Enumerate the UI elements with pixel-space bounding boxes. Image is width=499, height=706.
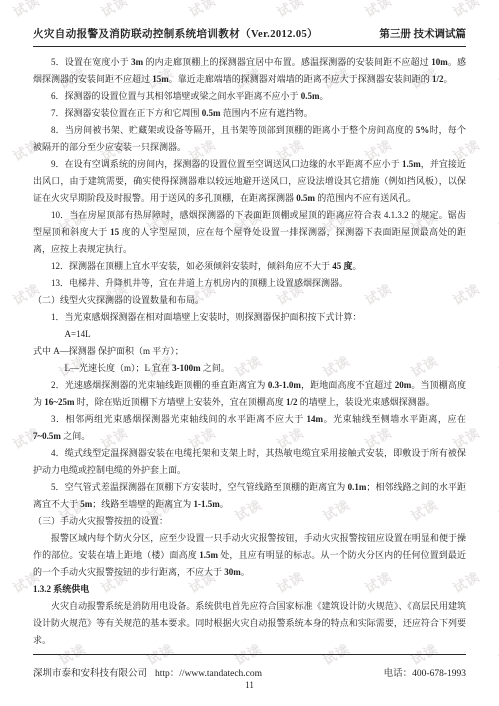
paragraph-bold-run: 1/2	[286, 397, 298, 407]
paragraph-run: 。	[241, 567, 250, 577]
paragraph-bold-run: 1-1.5m	[194, 499, 220, 509]
paragraph-bold-run: 5m	[80, 499, 92, 509]
paragraph: （三）手动火灾报警按扭的设置：	[33, 513, 466, 530]
paragraph-run: （三）手动火灾报警按扭的设置：	[33, 516, 168, 526]
paragraph: （二）线型火灾探测器的设置数量和布局。	[33, 292, 466, 309]
paragraph: 3．相邻两组光束感烟探测器光束轴线间的水平距离不应大于 14m。光束轴线至侧墙水…	[33, 411, 466, 445]
paragraph-bold-run: 1/2	[432, 74, 444, 84]
paragraph-run: 的范围内不应有送风孔。	[315, 193, 416, 203]
paragraph-run: A=14L	[65, 329, 91, 339]
paragraph-run: 5．空气管式差温探测器在顶棚下方安装时，空气管线路至顶棚的距离宜为	[51, 482, 348, 492]
paragraph-bold-run: 3m	[131, 57, 143, 67]
paragraph-run: 3．相邻两组光束感烟探测器光束轴线间的水平距离不应大于	[51, 414, 307, 424]
paragraph-run: ；线路至墙壁的距离宜为	[92, 499, 193, 509]
watermark-text: 试读	[97, 0, 131, 21]
document-footer: 深圳市泰和安科技有限公司 http：//www.tandatech.com 电话…	[33, 654, 466, 690]
paragraph-run: 。光束轴线至侧墙水平距离，应在	[323, 414, 466, 424]
paragraph-run: 。	[220, 499, 229, 509]
paragraph-bold-run: 14m	[307, 414, 324, 424]
paragraph: L—光速长度（m）；L 宜在 3-100m 之间。	[33, 360, 466, 377]
paragraph-run: 之间。	[61, 431, 90, 441]
paragraph-run: 式中 A—探测器 保护面积（m 平方）；	[33, 346, 184, 356]
paragraph-run: 9．在设有空调系统的房间内，探测器的设置位置至空调送风口边缘的水平距离不应小于	[51, 159, 402, 169]
paragraph: 10．当在房屋顶部有热屏障时，感烟探测器的下表面距顶棚或屋顶的距离应符合表 4.…	[33, 207, 466, 258]
paragraph: 13．电梯井、升降机井等，宜在井道上方机房内的顶棚上设置感烟探测器。	[33, 275, 466, 292]
paragraph-run: 6．探测器的设置位置与其相邻墙壁或梁之间水平距离不应小于	[51, 91, 301, 101]
paragraph-run: 之间。	[201, 363, 230, 373]
paragraph-run: 的内走廊顶棚上的探测器宜居中布置。感温探测器的安装间距不应超过	[143, 57, 431, 67]
paragraph-bold-run: 15	[110, 227, 119, 237]
paragraph: A=14L	[33, 326, 466, 343]
paragraph-run: 5．设置在宽度小于	[51, 57, 131, 67]
paragraph-bold-run: 16~25m	[44, 397, 74, 407]
paragraph-run: 。	[444, 74, 453, 84]
paragraph: 1.3.2 系统供电	[33, 581, 466, 598]
paragraph-bold-run: 20m	[395, 380, 412, 390]
paragraph-bold-run: 1.5m	[402, 159, 421, 169]
watermark-text: 试读	[449, 0, 483, 21]
paragraph-bold-run: 3-100m	[172, 363, 201, 373]
paragraph: 式中 A—探测器 保护面积（m 平方）；	[33, 343, 466, 360]
watermark-text: 试读	[9, 0, 43, 21]
paragraph-run: 2．光速感烟探测器的光束轴线距顶棚的垂直距离宜为	[51, 380, 268, 390]
watermark-text: 试读	[361, 0, 395, 21]
paragraph-run: 1．当光束感烟探测器在相对面墙壁上安装时，则探测器保护面积按下式计算：	[51, 312, 362, 322]
header-section: 第三册 技术调试篇	[379, 26, 466, 41]
paragraph-bold-run: 5%	[416, 125, 430, 135]
watermark-text: 试读	[495, 494, 499, 524]
paragraph-run: 。靠近走廊端墙的探测器对端墙的距离不应大于探测器安装间距的	[169, 74, 432, 84]
paragraph: 8．当房间被书架、贮藏架或设备等隔开，且书架等顶部到顶棚的距离小于整个房间高度的…	[33, 122, 466, 156]
document-header: 火灾自动报警及消防联动控制系统培训教材（Ver.2012.05） 第三册 技术调…	[33, 26, 466, 47]
header-title: 火灾自动报警及消防联动控制系统培训教材（Ver.2012.05）	[33, 26, 318, 41]
footer-row: 深圳市泰和安科技有限公司 http：//www.tandatech.com 电话…	[33, 665, 466, 679]
watermark-text: 试读	[495, 206, 499, 236]
paragraph-run: 。	[320, 91, 329, 101]
paragraph-run: 。	[353, 261, 362, 271]
paragraph: 5．空气管式差温探测器在顶棚下方安装时，空气管线路至顶棚的距离宜为 0.1m；相…	[33, 479, 466, 513]
watermark-text: 试读	[185, 0, 219, 21]
footer-company: 深圳市泰和安科技有限公司	[33, 665, 147, 679]
paragraph-bold-run: 0.5m	[296, 193, 315, 203]
paragraph: 7．探测器安装位置在正下方和它周围 0.5m 范围内不应有遮挡物。	[33, 105, 466, 122]
paragraph-bold-run: 0.3-1.0m	[268, 380, 301, 390]
watermark-text: 试读	[495, 350, 499, 380]
paragraph: 4．缆式线型定温探测器安装在电缆托架和支架上时，其热敏电缆宜采用接触式安装，即敷…	[33, 445, 466, 479]
paragraph-bold-run: 10m	[431, 57, 448, 67]
document-body: 5．设置在宽度小于 3m 的内走廊顶棚上的探测器宜居中布置。感温探测器的安装间距…	[33, 54, 466, 649]
paragraph-bold-run: 15m	[152, 74, 169, 84]
paragraph-run: ，距地面高度不宜超过	[301, 380, 395, 390]
paragraph-bold-run: 30m	[224, 567, 241, 577]
watermark-text: 试读	[495, 638, 499, 668]
paragraph-run: 8．当房间被书架、贮藏架或设备等隔开，且书架等顶部到顶棚的距离小于整个房间高度的	[51, 125, 416, 135]
paragraph-run: 4．缆式线型定温探测器安装在电缆托架和支架上时，其热敏电缆宜采用接触式安装，即敷…	[33, 448, 466, 475]
paragraph-run: L—光速长度（m）；L 宜在	[65, 363, 173, 373]
footer-phone: 电话：400-678-1993	[384, 665, 466, 679]
paragraph-run: （二）线型火灾探测器的设置数量和布局。	[33, 295, 204, 305]
paragraph-run: 时，除在贴近顶棚下方墙壁上安装外，宜在顶棚高度	[74, 397, 286, 407]
document-page: 试读试读试读试读试读试读试读试读试读试读试读试读试读试读试读试读试读试读试读试读…	[0, 0, 499, 706]
paragraph: 火灾自动报警系统是消防用电设备。系统供电首先应符合国家标准《建筑设计防火规范》、…	[33, 598, 466, 649]
page-number: 11	[33, 680, 466, 690]
paragraph-run: 范围内不应有遮挡物。	[221, 108, 313, 118]
paragraph-run: 火灾自动报警系统是消防用电设备。系统供电首先应符合国家标准《建筑设计防火规范》、…	[33, 601, 466, 645]
page-content: 火灾自动报警及消防联动控制系统培训教材（Ver.2012.05） 第三册 技术调…	[33, 26, 466, 649]
paragraph-bold-run: 0.1m	[348, 482, 367, 492]
paragraph-run: 7．探测器安装位置在正下方和它周围	[51, 108, 202, 118]
paragraph: 5．设置在宽度小于 3m 的内走廊顶棚上的探测器宜居中布置。感温探测器的安装间距…	[33, 54, 466, 88]
footer-left: 深圳市泰和安科技有限公司 http：//www.tandatech.com	[33, 665, 262, 679]
paragraph: 9．在设有空调系统的房间内，探测器的设置位置至空调送风口边缘的水平距离不应小于 …	[33, 156, 466, 207]
paragraph: 1．当光束感烟探测器在相对面墙壁上安装时，则探测器保护面积按下式计算：	[33, 309, 466, 326]
paragraph-bold-run: 0.5m	[301, 91, 320, 101]
paragraph: 报警区域内每个防火分区，应至少设置一只手动火灾报警按钮，手动火灾报警按钮应设置在…	[33, 530, 466, 581]
paragraph-run: 12．探测器在顶棚上宜水平安装，如必须倾斜安装时，倾斜角应不大于	[51, 261, 332, 271]
footer-url: http：//www.tandatech.com	[155, 665, 262, 679]
paragraph-bold-run: 0.5m	[202, 108, 221, 118]
paragraph-run: 1.3.2 系统供电	[33, 584, 89, 594]
watermark-text: 试读	[495, 62, 499, 92]
paragraph-bold-run: 45 度	[332, 261, 352, 271]
paragraph: 6．探测器的设置位置与其相邻墙壁或梁之间水平距离不应小于 0.5m。	[33, 88, 466, 105]
paragraph-bold-run: 7~0.5m	[33, 431, 61, 441]
paragraph: 2．光速感烟探测器的光束轴线距顶棚的垂直距离宜为 0.3-1.0m，距地面高度不…	[33, 377, 466, 411]
paragraph-run: 的墙壁上，装设光束感烟探测器。	[297, 397, 434, 407]
paragraph-run: 13．电梯井、升降机井等，宜在井道上方机房内的顶棚上设置感烟探测器。	[51, 278, 348, 288]
paragraph: 12．探测器在顶棚上宜水平安装，如必须倾斜安装时，倾斜角应不大于 45 度。	[33, 258, 466, 275]
watermark-text: 试读	[273, 0, 307, 21]
paragraph-bold-run: 1.5m	[199, 550, 218, 560]
